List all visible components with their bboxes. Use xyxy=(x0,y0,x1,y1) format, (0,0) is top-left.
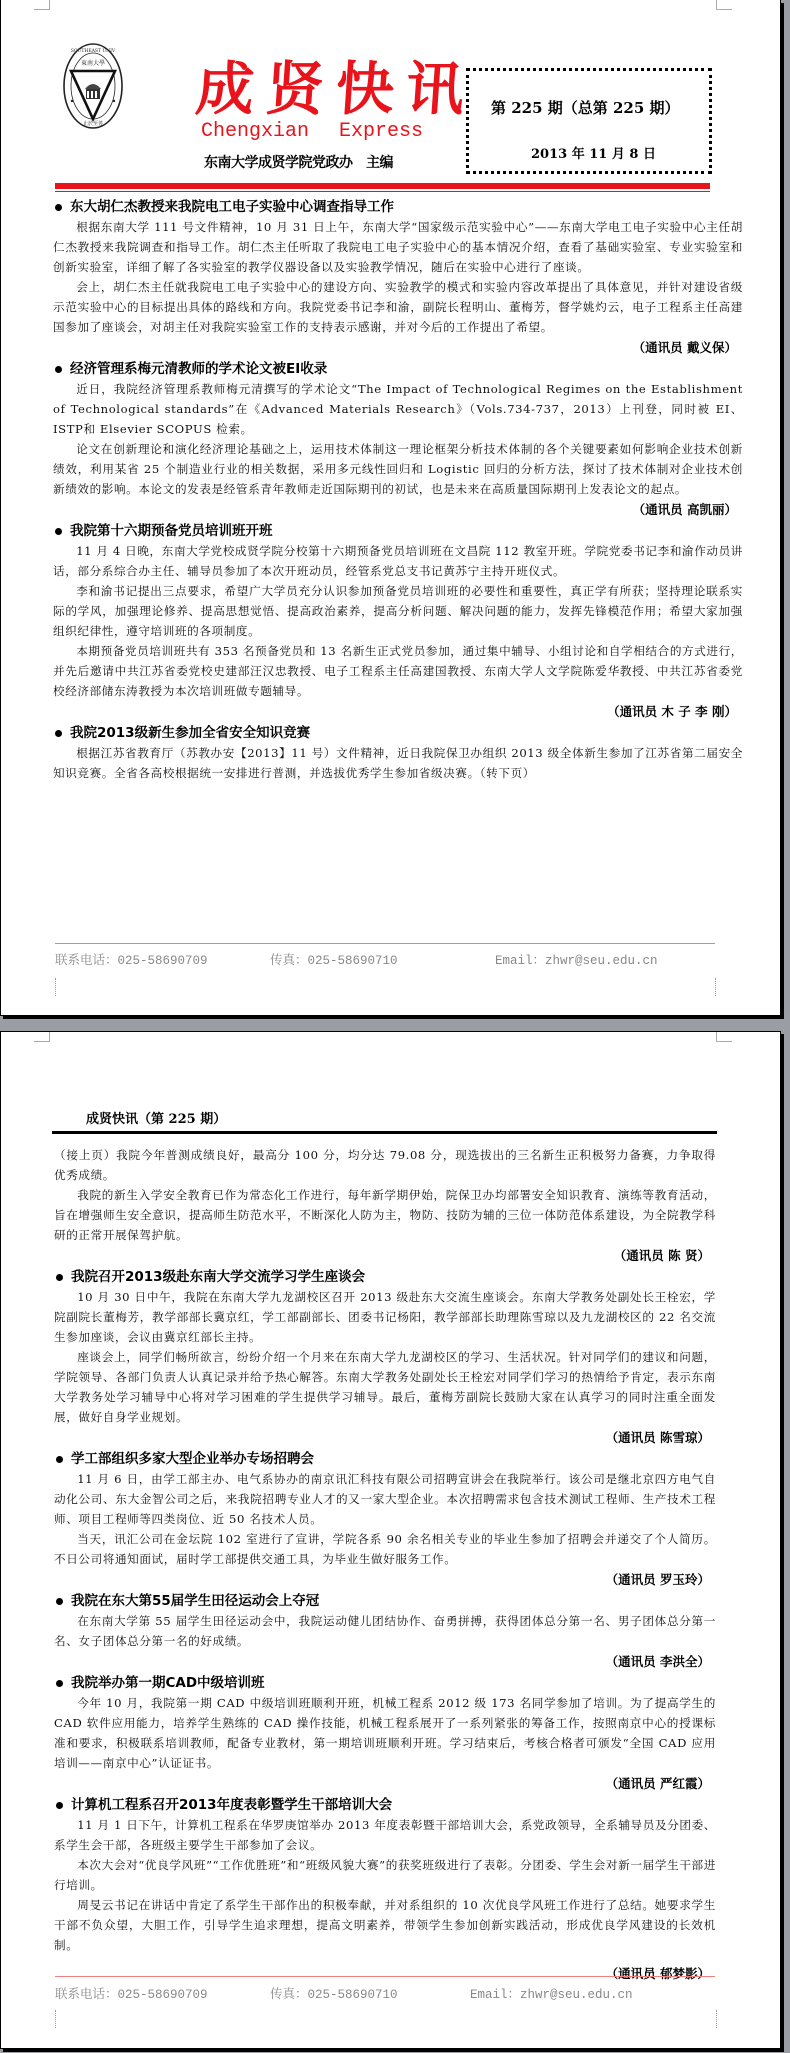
article-paragraph: 今年 10 月，我院第一期 CAD 中级培训班顺利开班，机械工程系 2012 级… xyxy=(54,1693,716,1773)
running-header-divider xyxy=(52,1131,717,1134)
article-byline: （通讯员 严红霞） xyxy=(54,1773,716,1795)
issue-date: 2013 年 11 月 8 日 xyxy=(531,143,656,162)
bullet-icon xyxy=(56,1274,63,1281)
article-paragraph: 当天，讯汇公司在金坛院 102 室进行了宣讲，学院各系 90 余名相关专业的毕业… xyxy=(54,1529,716,1569)
article: 经济管理系梅元清教师的学术论文被EI收录 近日，我院经济管理系教师梅元清撰写的学… xyxy=(53,359,743,521)
masthead-editor: 东南大学成贤学院党政办 主编 xyxy=(204,152,393,172)
article-byline: （通讯员 陈 贤） xyxy=(54,1245,716,1267)
article-headline: 我院2013级新生参加全省安全知识竞赛 xyxy=(53,723,743,743)
article-paragraph: 11 月 4 日晚，东南大学党校成贤学院分校第十六期预备党员培训班在文昌院 11… xyxy=(53,541,743,581)
article-paragraph: 11 月 1 日下午，计算机工程系在华罗庚馆举办 2013 年度表彰暨干部培训大… xyxy=(54,1815,716,1855)
article: 学工部组织多家大型企业举办专场招聘会 11 月 6 日，由学工部主办、电气系协办… xyxy=(54,1449,716,1591)
margin-crop-mark xyxy=(716,1032,732,1042)
article-byline: （通讯员 木 子 李 刚） xyxy=(53,701,743,723)
article-paragraph: 11 月 6 日，由学工部主办、电气系协办的南京讯汇科技有限公司招聘宣讲会在我院… xyxy=(54,1469,716,1529)
page-2-articles: （接上页）我院今年普测成绩良好，最高分 100 分，均分达 79.08 分，现选… xyxy=(54,1145,716,1985)
footer-divider xyxy=(55,1976,715,1977)
article: 我院2013级新生参加全省安全知识竞赛 根据江苏省教育厅（苏教办安【2013】1… xyxy=(53,723,743,783)
running-header: 成贤快讯（第 225 期） xyxy=(86,1108,226,1127)
svg-text:止於至善: 止於至善 xyxy=(83,120,103,127)
svg-text:SOUTHEAST UNIV: SOUTHEAST UNIV xyxy=(71,48,116,54)
article: 我院举办第一期CAD中级培训班 今年 10 月，我院第一期 CAD 中级培训班顺… xyxy=(54,1673,716,1795)
footer-email: Email：zhwr@seu.edu.cn xyxy=(495,950,658,968)
issue-info-box: 第 225 期（总第 225 期） 2013 年 11 月 8 日 xyxy=(466,68,712,174)
article: 我院在东大第55届学生田径运动会上夺冠 在东南大学第 55 届学生田径运动会中，… xyxy=(54,1591,716,1673)
footer-fax: 传真：025-58690710 xyxy=(270,950,495,968)
bullet-icon xyxy=(56,1802,63,1809)
margin-crop-mark xyxy=(34,0,50,10)
article-byline: （通讯员 李洪全） xyxy=(54,1651,716,1673)
article-headline: 经济管理系梅元清教师的学术论文被EI收录 xyxy=(53,359,743,379)
newsletter-page-1: 東南大學 SOUTHEAST UNIV 止於至善 成贤快讯 Chengxian … xyxy=(0,0,781,1016)
article-paragraph: 论文在创新理论和演化经济理论基础之上，运用技术体制这一理论框架分析技术体制的各个… xyxy=(53,439,743,499)
southeast-university-seal-icon: 東南大學 SOUTHEAST UNIV 止於至善 xyxy=(63,43,123,129)
margin-crop-mark xyxy=(55,978,56,996)
article-paragraph: 根据江苏省教育厅（苏教办安【2013】11 号）文件精神，近日我院保卫办组织 2… xyxy=(53,743,743,783)
margin-crop-mark xyxy=(716,2010,717,2028)
article-headline: 我院在东大第55届学生田径运动会上夺冠 xyxy=(54,1591,716,1611)
masthead-title: 成贤快讯 xyxy=(194,60,478,118)
issue-number: 第 225 期（总第 225 期） xyxy=(491,97,680,118)
footer-fax: 传真：025-58690710 xyxy=(270,1984,470,2002)
article: 我院召开2013级赴东南大学交流学习学生座谈会 10 月 30 日中午，我院在东… xyxy=(54,1267,716,1449)
article-paragraph: 李和渝书记提出三点要求，希望广大学员充分认识参加预备党员培训班的必要性和重要性，… xyxy=(53,581,743,641)
article-byline: （通讯员 陈雪琼） xyxy=(54,1427,716,1449)
article-paragraph: 根据东南大学 111 号文件精神，10 月 31 日上午，东南大学“国家级示范实… xyxy=(53,217,743,277)
article-paragraph: 会上，胡仁杰主任就我院电工电子实验中心的建设方向、实验教学的模式和实验内容改革提… xyxy=(53,277,743,337)
bullet-icon xyxy=(55,730,62,737)
article-byline: （通讯员 高凯丽） xyxy=(53,499,743,521)
article-byline: （通讯员 罗玉玲） xyxy=(54,1569,716,1591)
article-paragraph: 我院的新生入学安全教育已作为常态化工作进行，每年新学期伊始，院保卫办均部署安全知… xyxy=(54,1185,716,1245)
page-1-articles: 东大胡仁杰教授来我院电工电子实验中心调查指导工作 根据东南大学 111 号文件精… xyxy=(53,197,743,783)
article-paragraph: 周旻云书记在讲话中肯定了系学生干部作出的积极奉献，并对系组织的 10 次优良学风… xyxy=(54,1895,716,1955)
bullet-icon xyxy=(55,204,62,211)
footer-email: Email：zhwr@seu.edu.cn xyxy=(470,1984,633,2002)
article: 我院第十六期预备党员培训班开班 11 月 4 日晚，东南大学党校成贤学院分校第十… xyxy=(53,521,743,723)
bullet-icon xyxy=(56,1456,63,1463)
article-paragraph: 近日，我院经济管理系教师梅元清撰写的学术论文“The Impact of Tec… xyxy=(53,379,743,439)
masthead-subtitle: Chengxian Express xyxy=(201,120,423,143)
article-paragraph: 在东南大学第 55 届学生田径运动会中，我院运动健儿团结协作、奋勇拼搏，获得团体… xyxy=(54,1611,716,1651)
footer-phone: 联系电话：025-58690709 xyxy=(55,950,270,968)
bullet-icon xyxy=(56,1598,63,1605)
article-byline: （通讯员 郁梦影） xyxy=(54,1963,716,1985)
bullet-icon xyxy=(55,366,62,373)
article: 计算机工程系召开2013年度表彰暨学生干部培训大会 11 月 1 日下午，计算机… xyxy=(54,1795,716,1985)
article-continuation: （接上页）我院今年普测成绩良好，最高分 100 分，均分达 79.08 分，现选… xyxy=(54,1145,716,1267)
page-footer: 联系电话：025-58690709 传真：025-58690710 Email：… xyxy=(55,1984,633,2002)
article-paragraph: 座谈会上，同学们畅所欲言，纷纷介绍一个月来在东南大学九龙湖校区的学习、生活状况。… xyxy=(54,1347,716,1427)
page-footer: 联系电话：025-58690709 传真：025-58690710 Email：… xyxy=(55,950,658,968)
margin-crop-mark xyxy=(34,1032,50,1042)
article: 东大胡仁杰教授来我院电工电子实验中心调查指导工作 根据东南大学 111 号文件精… xyxy=(53,197,743,359)
footer-phone: 联系电话：025-58690709 xyxy=(55,1984,270,2002)
margin-crop-mark xyxy=(715,978,716,996)
article-headline: 我院举办第一期CAD中级培训班 xyxy=(54,1673,716,1693)
footer-divider xyxy=(55,943,715,944)
margin-crop-mark xyxy=(55,2010,56,2028)
bullet-icon xyxy=(55,528,62,535)
svg-text:東南大學: 東南大學 xyxy=(81,59,105,67)
masthead-divider xyxy=(55,183,710,192)
article-paragraph: （接上页）我院今年普测成绩良好，最高分 100 分，均分达 79.08 分，现选… xyxy=(54,1145,716,1185)
article-headline: 我院召开2013级赴东南大学交流学习学生座谈会 xyxy=(54,1267,716,1287)
margin-crop-mark xyxy=(716,0,732,10)
article-headline: 学工部组织多家大型企业举办专场招聘会 xyxy=(54,1449,716,1469)
article-byline: （通讯员 戴义保） xyxy=(53,337,743,359)
article-headline: 东大胡仁杰教授来我院电工电子实验中心调查指导工作 xyxy=(53,197,743,217)
article-headline: 计算机工程系召开2013年度表彰暨学生干部培训大会 xyxy=(54,1795,716,1815)
article-paragraph: 10 月 30 日中午，我院在东南大学九龙湖校区召开 2013 级赴东大交流生座… xyxy=(54,1287,716,1347)
article-headline: 我院第十六期预备党员培训班开班 xyxy=(53,521,743,541)
article-paragraph: 本次大会对“优良学风班”“工作优胜班”和“班级风貌大赛”的获奖班级进行了表彰。分… xyxy=(54,1855,716,1895)
article-paragraph: 本期预备党员培训班共有 353 名预备党员和 13 名新生正式党员参加，通过集中… xyxy=(53,641,743,701)
bullet-icon xyxy=(56,1680,63,1687)
